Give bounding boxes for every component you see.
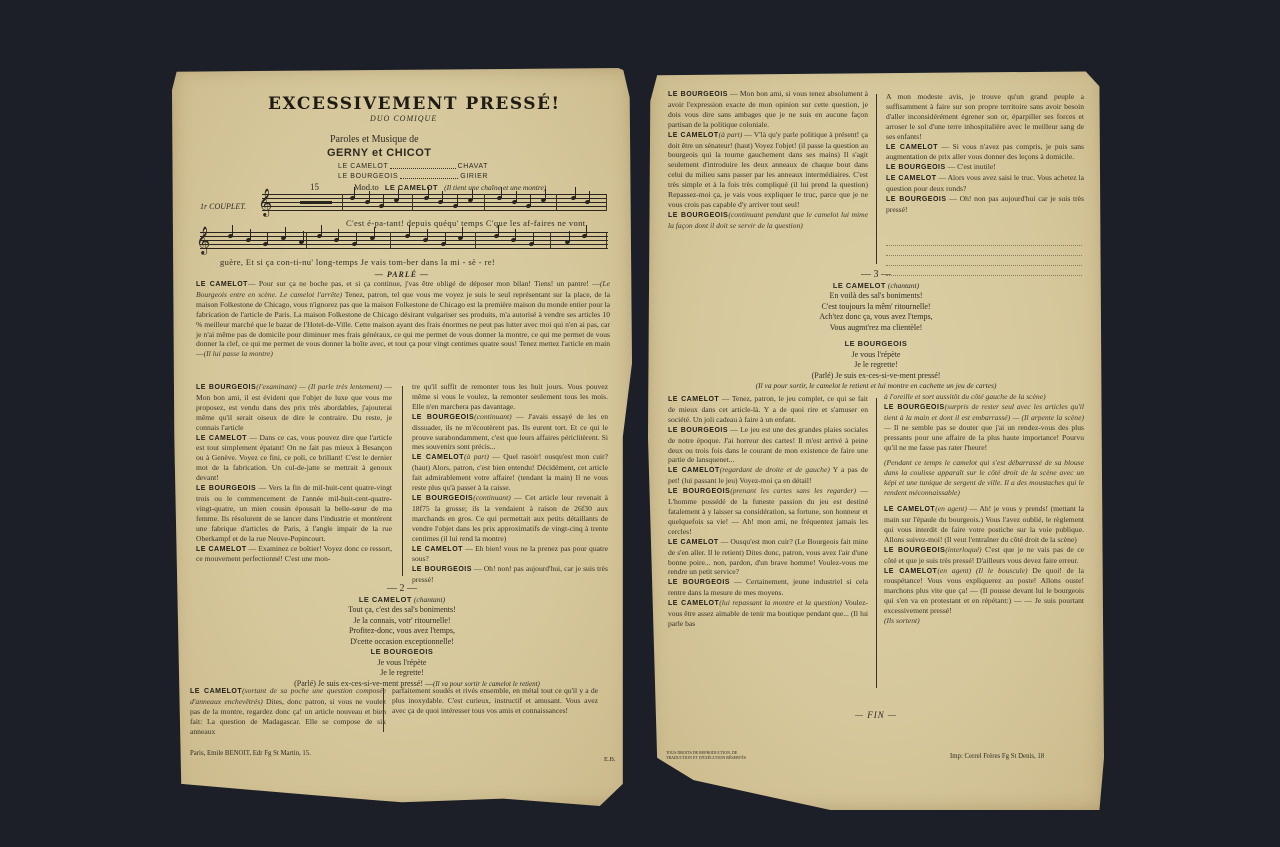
dialogue-entry: tre qu'il suffit de remonter tous les hu…: [412, 382, 608, 412]
measure-number: 15: [310, 182, 319, 192]
speaker: LE CAMELOT: [668, 132, 719, 139]
stage-direction: (Il lui passe la montre): [204, 349, 273, 358]
verse-line: Je la connais, votr' ritournelle!: [172, 616, 632, 627]
speaker: LE BOURGEOIS: [371, 647, 434, 656]
speaker: LE CAMELOT: [412, 454, 464, 461]
stage-line: Mod.to LE CAMELOT (Il tient une chaîne e…: [354, 182, 546, 192]
verse-2: — 2 — LE CAMELOT (chantant) Tout ça, c'e…: [172, 584, 632, 689]
dialogue-text: Il ne semble pas se douter que j'ai un r…: [884, 423, 1084, 452]
speaker: LE CAMELOT: [412, 546, 463, 553]
speaker: LE BOURGEOIS: [412, 414, 474, 421]
dialogue-entry: (Ils sortent): [884, 616, 1084, 626]
verse-line: Je le regrette!: [172, 668, 632, 679]
verse-line: Je vous l'répète: [172, 658, 632, 669]
dialogue-text: Tenez, patron, tel que vous me voyez je …: [196, 290, 610, 358]
bottom-column-1: LE CAMELOT(sortant de sa poche une quest…: [190, 686, 386, 737]
dialogue-entry: LE CAMELOT(lui repassant la montre et la…: [668, 598, 868, 629]
verse-final-line: (Parlé) Je suis ex-ces-si-ve-ment pressé…: [648, 371, 1104, 382]
stage-direction: (à part): [719, 130, 743, 139]
dialogue-entry: LE CAMELOT(en agent) — Ah! je vous y pre…: [884, 504, 1084, 545]
verse-line: D'cette occasion exceptionnelle!: [172, 637, 632, 648]
dialogue-column-1: LE BOURGEOIS(l'examinant) — (Il parle tr…: [196, 382, 392, 564]
leader-dots: [390, 162, 455, 169]
stage-direction: (l'examinant) — (Il parle très lentement…: [256, 382, 382, 391]
paper-tear: [620, 452, 654, 847]
stage-direction: (en agent) (Il le bouscule): [937, 566, 1027, 575]
dialogue-entry: LE CAMELOT(en agent) (Il le bouscule) De…: [884, 566, 1084, 617]
lyrics-line-1: C'est é-pa-tant! depuis quéqu' temps C'q…: [346, 218, 586, 228]
dialogue-entry: LE BOURGEOIS(continuant) — Cet article l…: [412, 493, 608, 544]
speaker: LE CAMELOT: [196, 435, 247, 442]
music-staff-1: 𝄞: [262, 194, 607, 212]
speaker: LE CAMELOT: [886, 144, 938, 151]
dialogue-entry: LE CAMELOT — Si vous n'avez pas compris,…: [886, 142, 1084, 163]
stage-direction: (chantant): [414, 595, 445, 604]
speaker: LE BOURGEOIS: [668, 579, 730, 586]
dialogue-entry: LE CAMELOT — Ousqu'est mon cuir? (Le Bou…: [668, 537, 868, 578]
dialogue-text: A mon modeste avis, je trouve qu'un gran…: [886, 92, 1084, 141]
stage-direction: (lui repassant la montre et la question): [719, 598, 842, 607]
dialogue-entry: LE CAMELOT — Alors vous avez saisi le tr…: [886, 173, 1084, 194]
stage-direction: (Il va pour sortir, le camelot le retien…: [756, 381, 997, 390]
stage-direction: (continuant): [473, 493, 511, 502]
publisher: Paris, Emile BENOIT, Edr Fg St Martin, 1…: [190, 750, 311, 757]
cast-list: LE CAMELOT CHAVAT LE BOURGEOIS GIRIER: [338, 162, 488, 182]
stage-direction: (chantant): [888, 281, 919, 290]
verse-line: Vous augmt'rez ma clientèle!: [648, 323, 1104, 334]
dialogue-entry: LE BOURGEOIS(surpris de rester seul avec…: [884, 402, 1084, 453]
verse-number: — 2 —: [172, 584, 632, 595]
speaker: LE CAMELOT: [359, 595, 412, 604]
stage-direction: (Ils sortent): [884, 616, 920, 625]
stage-direction: (interloqué): [945, 545, 981, 554]
stage-direction: (Il tient une chaîne et une montre): [444, 183, 546, 192]
speaker: LE BOURGEOIS: [886, 196, 947, 203]
cast-row: LE BOURGEOIS GIRIER: [338, 172, 488, 182]
speaker: LE BOURGEOIS: [196, 485, 256, 492]
dialogue-entry: LE BOURGEOIS(continuant) — J'avais essay…: [412, 412, 608, 453]
speaker: LE BOURGEOIS: [668, 427, 728, 434]
authors: GERNY et CHICOT: [327, 147, 431, 159]
cast-actor: GIRIER: [460, 172, 488, 182]
verse-lines: En voilà des sal's boniments!C'est toujo…: [648, 291, 1104, 333]
stage-direction: à l'oreille et sort aussitôt du côté gau…: [884, 392, 1046, 401]
stage-direction: (à part): [464, 452, 489, 461]
dialogue-entry: A mon modeste avis, je trouve qu'un gran…: [886, 92, 1084, 142]
dialogue-text: — Pour sur ça ne boche pas, et si ça con…: [248, 279, 600, 288]
parle-heading: — PARLÉ —: [172, 270, 632, 279]
couplet-label: 1r COUPLET.: [200, 202, 246, 211]
cast-role: LE BOURGEOIS: [338, 172, 398, 182]
speaker: LE BOURGEOIS: [196, 384, 256, 391]
left-page: EXCESSIVEMENT PRESSÉ! DUO COMIQUE Parole…: [172, 68, 632, 806]
speaker: LE CAMELOT: [668, 539, 719, 546]
dialogue-entry: LE CAMELOT — Tenez, patron, le jeu compl…: [668, 394, 868, 425]
verse-line: Profitez-donc, vous avez l'temps,: [172, 626, 632, 637]
verse-response-lines: Je vous l'répèteJe le regrette!: [172, 658, 632, 679]
speaker: LE BOURGEOIS: [668, 212, 728, 219]
notes: [200, 232, 608, 250]
right-page: LE BOURGEOIS — Mon bon ami, si vous tene…: [648, 64, 1104, 810]
speaker: LE BOURGEOIS: [884, 404, 945, 411]
notes: [262, 194, 607, 212]
song-subtitle: DUO COMIQUE: [370, 114, 437, 123]
dialogue-entry: à l'oreille et sort aussitôt du côté gau…: [884, 392, 1084, 402]
song-title: EXCESSIVEMENT PRESSÉ!: [268, 94, 560, 114]
dialogue-column-2: tre qu'il suffit de remonter tous les hu…: [412, 382, 608, 585]
dialogue-column-2-top: A mon modeste avis, je trouve qu'un gran…: [886, 92, 1084, 215]
dialogue-entry: LE BOURGEOIS — C'est inutile!: [886, 162, 1084, 173]
bottom-column-2: parfaitement soudés et rivés ensemble, e…: [392, 686, 598, 716]
speaker: LE BOURGEOIS: [668, 91, 728, 98]
stage-direction: (prenant les cartes sans les regarder): [730, 486, 856, 495]
speaker: LE CAMELOT: [884, 506, 935, 513]
dialogue-text: — V'là qu'y parle politique à présent! ç…: [668, 130, 868, 209]
speaker: LE CAMELOT: [196, 546, 247, 553]
speaker: LE CAMELOT: [668, 600, 719, 607]
dialogue-entry: LE CAMELOT — Examinez ce boîtier! Voyez …: [196, 544, 392, 565]
tempo-marking: Mod.to: [354, 182, 379, 192]
parle-paragraph: LE CAMELOT— Pour sur ça ne boche pas, et…: [196, 279, 610, 359]
speaker: LE CAMELOT: [833, 281, 886, 290]
plate-mark: E.B.: [604, 756, 616, 763]
cast-actor: CHAVAT: [458, 162, 488, 172]
stage-direction: (Pendant ce temps le camelot qui s'est d…: [884, 458, 1084, 497]
dialogue-entry: LE CAMELOT(à part) — V'là qu'y parle pol…: [668, 130, 868, 210]
speaker: LE BOURGEOIS: [668, 488, 730, 495]
speaker: LE CAMELOT: [668, 396, 719, 403]
verse-line: Ach'tez donc ça, vous avez l'temps,: [648, 312, 1104, 323]
speaker: LE BOURGEOIS: [884, 547, 945, 554]
verse-lines: Tout ça, c'est des sal's boniments!Je la…: [172, 605, 632, 647]
verse-number: — 3 —: [648, 270, 1104, 281]
speaker: LE BOURGEOIS: [412, 566, 472, 573]
dialogue-column-1-bottom: LE CAMELOT — Tenez, patron, le jeu compl…: [668, 394, 868, 629]
verse-line: Tout ça, c'est des sal's boniments!: [172, 605, 632, 616]
dialogue-entry: LE BOURGEOIS(l'examinant) — (Il parle tr…: [196, 382, 392, 433]
dialogue-entry: LE BOURGEOIS — Vers la fin de mil-huit-c…: [196, 483, 392, 543]
dialogue-entry: LE BOURGEOIS — Oh! non pas aujourd'hui c…: [886, 194, 1084, 215]
dialogue-text: tre qu'il suffit de remonter tous les hu…: [412, 382, 608, 411]
verse-line: Je le regrette!: [648, 360, 1104, 371]
dialogue-entry: LE BOURGEOIS(prenant les cartes sans les…: [668, 486, 868, 537]
music-staff-2: 𝄞: [200, 232, 608, 250]
dialogue-column-2-bottom: à l'oreille et sort aussitôt du côté gau…: [884, 392, 1084, 626]
dialogue-entry: LE CAMELOT — Eh bien! vous ne la prenez …: [412, 544, 608, 565]
dialogue-text: — C'est inutile!: [946, 162, 996, 171]
speaker: LE CAMELOT: [884, 568, 937, 575]
speaker: LE CAMELOT: [668, 467, 720, 474]
speaker: LE CAMELOT: [196, 281, 248, 288]
dialogue-column-1-top: LE BOURGEOIS — Mon bon ami, si vous tene…: [668, 89, 868, 231]
end-mark: — FIN —: [648, 710, 1104, 720]
printer: Imp: Cerrel Frères Fg St Denis, 18: [950, 753, 1044, 760]
dialogue-entry: LE BOURGEOIS — Certainement, jeune indus…: [668, 577, 868, 598]
speaker: LE CAMELOT: [886, 175, 937, 182]
cast-row: LE CAMELOT CHAVAT: [338, 162, 488, 172]
dialogue-entry: LE BOURGEOIS(continuant pendant que le c…: [668, 210, 868, 231]
lyrics-line-2: guère, Et si ça con-ti-nu' long-temps Je…: [220, 257, 495, 267]
speaker: LE CAMELOT: [190, 688, 242, 695]
verse-line: Je vous l'répète: [648, 350, 1104, 361]
stage-direction: (en agent): [935, 504, 967, 513]
dialogue-entry: LE BOURGEOIS — Mon bon ami, si vous tene…: [668, 89, 868, 130]
dialogue-entry: LE CAMELOT(regardant de droite et de gau…: [668, 465, 868, 486]
speaker: LE BOURGEOIS: [845, 339, 908, 348]
stage-direction: (regardant de droite et de gauche): [720, 465, 830, 474]
cast-role: LE CAMELOT: [338, 162, 388, 172]
dialogue-entry: LE BOURGEOIS — Oh! non! pas aujourd'hui,…: [412, 564, 608, 585]
dialogue-entry: LE CAMELOT(à part) — Quel rasoir! ousqu'…: [412, 452, 608, 493]
dialogue-entry: (Pendant ce temps le camelot qui s'est d…: [884, 458, 1084, 498]
speaker: LE BOURGEOIS: [412, 495, 473, 502]
rights-notice: TOUS DROITS DE REPRODUCTION, DE TRADUCTI…: [666, 750, 756, 760]
stage-direction: (continuant): [474, 412, 512, 421]
leader-dots: [400, 172, 458, 179]
credits-line: Paroles et Musique de: [330, 134, 419, 145]
verse-line: En voilà des sal's boniments!: [648, 291, 1104, 302]
verse-response-lines: Je vous l'répèteJe le regrette!: [648, 350, 1104, 371]
dialogue-entry: LE BOURGEOIS — Le jeu est une des grande…: [668, 425, 868, 466]
dialogue-entry: LE CAMELOT — Dans ce cas, vous pouvez di…: [196, 433, 392, 484]
dialogue-entry: LE BOURGEOIS(interloqué) C'est que je ne…: [884, 545, 1084, 566]
speaker: LE BOURGEOIS: [886, 164, 946, 171]
stage-speaker: LE CAMELOT: [385, 183, 438, 192]
verse-3: — 3 — LE CAMELOT (chantant) En voilà des…: [648, 270, 1104, 392]
verse-line: C'est toujours la mêm' ritournelle!: [648, 302, 1104, 313]
